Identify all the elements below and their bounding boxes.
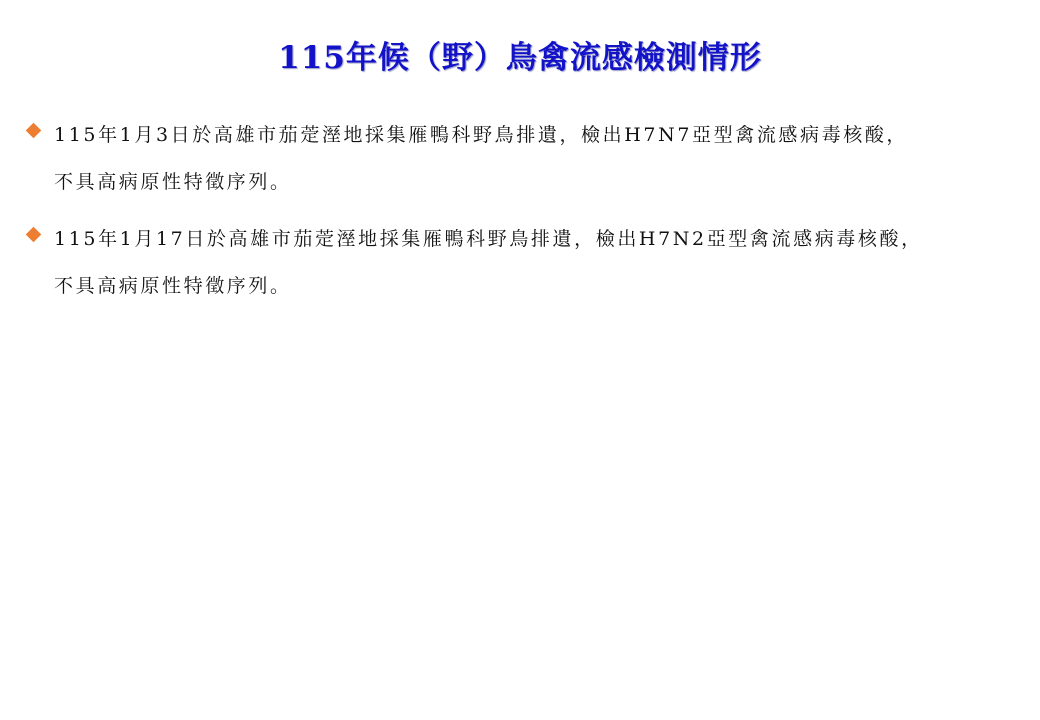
diamond-bullet-icon [26,227,42,243]
bullet-item-2: 115年1月17日於高雄市茄萣溼地採集雁鴨科野鳥排遺，檢出H7N2亞型禽流感病毒… [26,216,1036,310]
slide-title: 115年候（野）鳥禽流感檢測情形 [0,36,1040,80]
bullet-item-1: 115年1月3日於高雄市茄萣溼地採集雁鴨科野鳥排遺，檢出H7N7亞型禽流感病毒核… [26,112,1036,206]
bullet-2-line-1: 115年1月17日於高雄市茄萣溼地採集雁鴨科野鳥排遺，檢出H7N2亞型禽流感病毒… [54,216,1036,263]
diamond-bullet-icon [26,123,42,139]
bullet-1-line-2: 不具高病原性特徵序列。 [54,159,1036,206]
bullet-2-line-2: 不具高病原性特徵序列。 [54,263,1036,310]
bullet-1-line-1: 115年1月3日於高雄市茄萣溼地採集雁鴨科野鳥排遺，檢出H7N7亞型禽流感病毒核… [54,112,1036,159]
bullet-list: 115年1月3日於高雄市茄萣溼地採集雁鴨科野鳥排遺，檢出H7N7亞型禽流感病毒核… [26,112,1036,320]
